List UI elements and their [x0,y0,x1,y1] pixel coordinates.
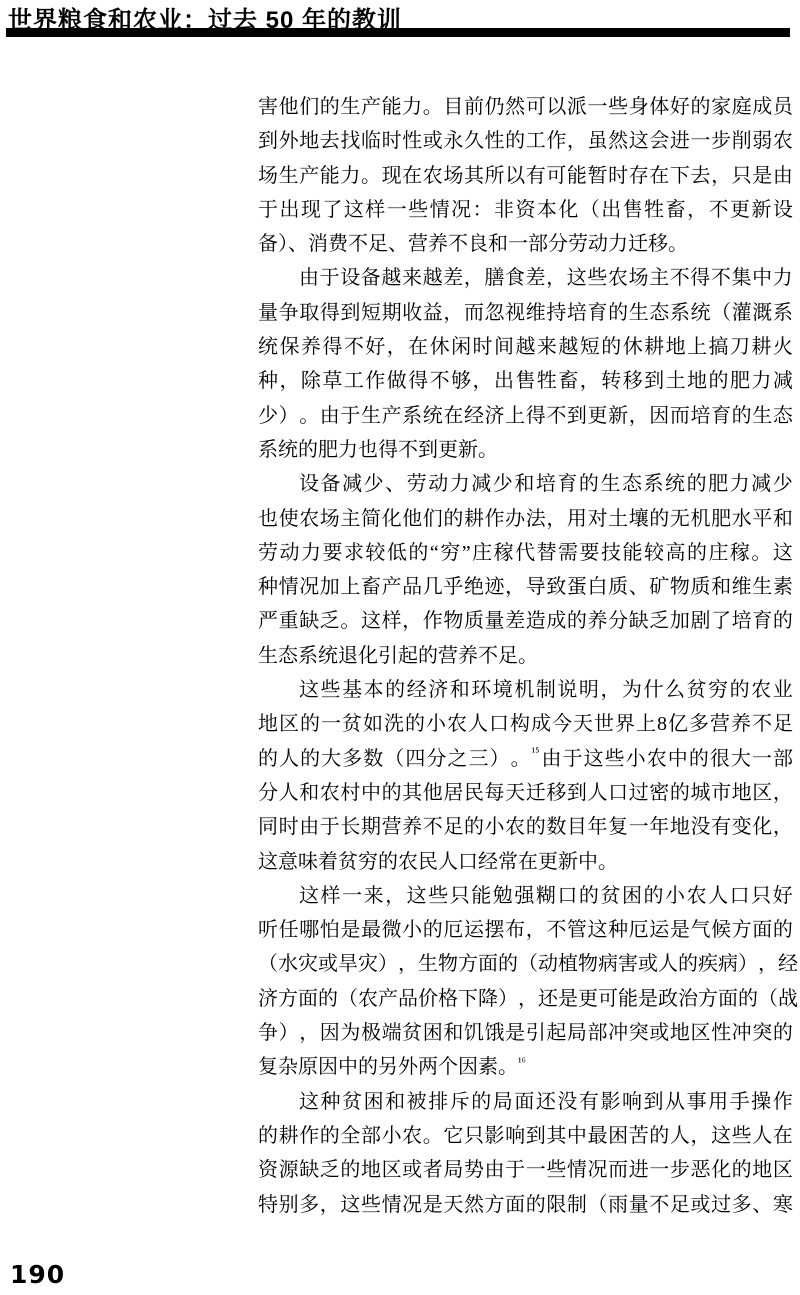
glyph: 水 [278,947,298,981]
glyph: 统 [278,439,298,461]
glyph: 化 [382,502,402,536]
glyph: 作 [773,1085,793,1119]
glyph: 化 [558,193,578,227]
glyph: 在 [402,159,422,193]
glyph: 候 [711,913,731,947]
text-line: 特别多，这些情况是天然方面的限制（雨量不足或过多、寒 [258,1188,793,1222]
glyph: 面 [718,982,738,1016]
glyph: 手 [730,1085,750,1119]
glyph: 些 [321,673,341,707]
glyph: 方 [458,947,478,981]
text-line: 这种贫困和被排斥的局面还没有影响到从事用手操作 [258,1085,793,1119]
glyph: 产 [299,159,319,193]
glyph: 进 [629,1153,649,1187]
glyph: 种 [258,570,278,604]
glyph: 、 [288,233,308,255]
glyph: 运 [649,913,669,947]
glyph: 只 [450,879,470,913]
glyph: ， [758,947,778,981]
glyph: 大 [321,742,341,776]
glyph: 什 [644,673,664,707]
glyph: 勉 [493,879,513,913]
glyph: 只 [464,1119,484,1153]
glyph: 因 [458,1056,478,1078]
glyph: 少 [493,467,513,501]
glyph: 能 [618,982,638,1016]
glyph: 然 [464,1188,484,1222]
glyph: 价 [418,982,438,1016]
glyph: 农 [773,124,793,158]
glyph: 可 [598,982,618,1016]
glyph: 过 [711,1188,731,1222]
glyph: 城 [690,776,710,810]
glyph: 做 [387,364,407,398]
glyph: 。 [478,439,498,461]
glyph: 去 [690,159,710,193]
glyph: 间 [494,330,514,364]
glyph: 的 [730,673,750,707]
glyph: 退 [338,645,358,667]
glyph: 贫 [687,673,707,707]
glyph: 生 [418,947,438,981]
glyph: 或 [402,1153,422,1187]
glyph: 更 [438,439,458,461]
glyph: ， [299,1016,319,1050]
glyph: 经 [478,851,498,873]
glyph: 经 [407,673,427,707]
glyph: 区 [690,1016,710,1050]
glyph: 很 [710,742,730,776]
glyph: 缺 [299,604,319,638]
glyph: 或 [690,1188,710,1222]
glyph: 力 [773,261,793,295]
glyph: 多 [299,1188,319,1222]
glyph: ） [278,233,288,255]
glyph: 需 [558,536,578,570]
glyph: 农 [398,851,418,873]
glyph: 新 [558,851,578,873]
glyph: 出 [279,193,299,227]
glyph: 人 [438,851,458,873]
glyph: 另 [378,1056,398,1078]
glyph: 引 [378,645,398,667]
glyph: 一 [588,90,608,124]
glyph: 布 [505,913,525,947]
glyph: 肥 [708,467,728,501]
glyph: 较 [644,536,664,570]
glyph: 这 [340,1188,360,1222]
glyph: 作 [485,502,505,536]
glyph: 极 [361,1016,381,1050]
glyph: 视 [505,296,525,330]
glyph: 于 [340,399,360,433]
glyph: 够 [451,364,471,398]
glyph: 植 [558,947,578,981]
glyph: 经 [778,947,798,981]
glyph: 更 [578,982,598,1016]
glyph: 的 [670,776,690,810]
glyph: 土 [666,364,686,398]
glyph: 响 [622,1085,642,1119]
glyph: 越 [423,261,443,295]
glyph: 不 [448,233,468,255]
glyph: 然 [505,90,525,124]
glyph: 运 [464,913,484,947]
glyph: 农 [687,879,707,913]
glyph: 水 [732,502,752,536]
text-line: 少）。由于生产系统在经济上得不到更新，因而培育的生态 [258,399,793,433]
glyph: 的 [471,1085,491,1119]
glyph: 本 [364,673,384,707]
text-line: 害他们的生产能力。目前仍然可以派一些身体好的家庭成员 [258,90,793,124]
glyph: 口 [608,776,628,810]
glyph: 营 [710,707,730,741]
glyph: 统 [318,645,338,667]
glyph: 也 [358,439,378,461]
glyph: 亿 [668,707,688,741]
text-line: （水灾或旱灾），生物方面的（动植物病害或人的疾病），经 [258,947,793,981]
glyph: 前 [464,90,484,124]
glyph: 是 [505,1016,525,1050]
glyph: 力 [608,233,628,255]
glyph: 由 [485,1153,505,1187]
glyph: 的 [738,982,758,1016]
glyph: 不 [478,645,498,667]
glyph: 样 [365,193,385,227]
glyph: 乎 [443,570,463,604]
glyph: 不 [546,913,566,947]
glyph: 系 [258,439,278,461]
glyph: 得 [320,296,340,330]
glyph: 特 [258,1188,278,1222]
glyph: 到 [418,439,438,461]
glyph: 这 [299,673,319,707]
glyph: 样 [321,879,341,913]
glyph: 主 [340,502,360,536]
glyph: 制 [536,673,556,707]
glyph: 些 [408,193,428,227]
glyph: 从 [665,1085,685,1119]
glyph: 的 [773,1016,793,1050]
glyph: 的 [579,467,599,501]
glyph: 对 [588,502,608,536]
glyph: 它 [443,1119,463,1153]
glyph: 畜 [558,364,578,398]
glyph: 口 [730,879,750,913]
glyph: 统 [690,296,710,330]
glyph: 明 [579,673,599,707]
glyph: 糊 [536,879,556,913]
glyph: 肥 [711,502,731,536]
glyph: 些 [428,879,448,913]
glyph: 化 [358,645,378,667]
glyph: ， [443,296,463,330]
glyph: 。 [511,742,531,776]
glyph: 下 [670,159,690,193]
glyph: 农 [505,810,525,844]
glyph: 每 [485,776,505,810]
glyph: 苦 [629,1119,649,1153]
glyph: 面 [505,1188,525,1222]
glyph: 成 [546,604,566,638]
glyph: ） [378,947,398,981]
glyph: 忽 [485,296,505,330]
glyph: 系 [298,645,318,667]
glyph: 场 [629,261,649,295]
glyph: 争 [258,1016,278,1050]
glyph: 庄 [472,536,492,570]
glyph: 少 [258,399,278,433]
glyph: 局 [443,1153,463,1187]
glyph: 摆 [485,913,505,947]
glyph: 。 [518,645,538,667]
glyph: 的 [498,947,518,981]
glyph: 系 [402,399,422,433]
glyph: 牲 [644,193,664,227]
glyph: 复 [608,810,628,844]
glyph: 作 [546,124,566,158]
glyph: 不 [348,233,368,255]
glyph: 数 [363,742,383,776]
glyph: 导 [526,570,546,604]
glyph: 样 [382,604,402,638]
glyph: 况 [588,1153,608,1187]
glyph: 来 [364,879,384,913]
glyph: 蛋 [567,570,587,604]
glyph: 或 [423,124,443,158]
glyph: 于 [320,261,340,295]
glyph: 区 [773,1153,793,1187]
glyph: ， [387,330,407,364]
text-line: 复杂原因中的另外两个因素。¹⁶ [258,1050,793,1084]
glyph: 任 [279,913,299,947]
glyph: 农 [751,673,771,707]
glyph: 新 [751,193,771,227]
glyph: 剧 [690,604,710,638]
glyph: 些 [608,90,628,124]
glyph: 派 [567,90,587,124]
glyph: 三 [468,742,488,776]
glyph: 由 [299,810,319,844]
text-line: 于出现了这样一些情况：非资本化（出售牲畜，不更新设 [258,193,793,227]
glyph: ， [773,810,793,844]
glyph: 刀 [730,330,750,364]
body-text: 害他们的生产能力。目前仍然可以派一些身体好的家庭成员到外地去找临时性或永久性的工… [258,90,793,1222]
glyph: 恶 [690,1153,710,1187]
glyph: 过 [629,776,649,810]
glyph: 这 [344,193,364,227]
glyph: 转 [601,364,621,398]
glyph: ， [526,913,546,947]
glyph: 突 [752,1016,772,1050]
glyph: 膳 [484,261,504,295]
glyph: 出 [494,364,514,398]
glyph: 由 [320,399,340,433]
glyph: 良 [468,233,488,255]
glyph: 民 [418,851,438,873]
glyph: 性 [711,1016,731,1050]
glyph: 小 [426,707,446,741]
glyph: 统 [423,399,443,433]
glyph: 休 [623,330,643,364]
glyph: 培 [732,604,752,638]
text-line: 的耕作的全部小农。它只影响到其中最困苦的人，这些人在 [258,1119,793,1153]
glyph: 和 [299,776,319,810]
glyph: 一 [690,124,710,158]
glyph: 动 [428,467,448,501]
glyph: 系 [670,296,690,330]
glyph: 上 [687,330,707,364]
glyph: 影 [600,1085,620,1119]
glyph: 的 [678,947,698,981]
glyph: 食 [505,261,525,295]
glyph: 和 [450,673,470,707]
glyph: 外 [279,124,299,158]
glyph: 还 [536,1085,556,1119]
glyph: 也 [258,502,278,536]
glyph: 区 [279,707,299,741]
glyph: 况 [451,193,471,227]
glyph: 持 [546,296,566,330]
glyph: 强 [514,879,534,913]
glyph: 以 [546,90,566,124]
glyph: ） [498,982,518,1016]
glyph: 足 [498,645,518,667]
glyph: 者 [423,1153,443,1187]
glyph: 畜 [666,193,686,227]
glyph: 斥 [450,1085,470,1119]
glyph: 员 [773,90,793,124]
glyph: 地 [258,707,278,741]
glyph: 能 [382,90,402,124]
glyph: 一 [342,879,362,913]
glyph: 时 [279,810,299,844]
glyph: 其 [402,776,422,810]
glyph: 的 [320,90,340,124]
glyph: 生 [629,296,649,330]
glyph: 以 [505,159,525,193]
glyph: 况 [402,1188,422,1222]
glyph: 加 [670,604,690,638]
glyph: 得 [408,364,428,398]
glyph: 迹 [485,570,505,604]
glyph: 加 [320,570,340,604]
glyph: 数 [546,810,566,844]
glyph: 费 [328,233,348,255]
glyph: ， [711,159,731,193]
glyph: 力 [338,439,358,461]
glyph: 引 [526,1016,546,1050]
glyph: 力 [340,159,360,193]
glyph: 育 [752,604,772,638]
glyph: 作 [299,1119,319,1153]
glyph: 性 [402,124,422,158]
glyph: （ [518,947,538,981]
glyph: 生 [752,399,772,433]
glyph: 他 [423,776,443,810]
glyph: ） [738,947,758,981]
glyph: 的 [340,1153,360,1187]
text-line: 统保养得不好，在休闲时间越来越短的休耕地上搞刀耕火 [258,330,793,364]
glyph: 些 [732,1119,752,1153]
glyph: 生 [752,570,772,604]
glyph: 旱 [338,947,358,981]
glyph: 市 [711,776,731,810]
glyph: 缺 [629,604,649,638]
glyph: 别 [279,1188,299,1222]
glyph: 造 [526,604,546,638]
glyph: 人 [658,947,678,981]
glyph: 么 [665,673,685,707]
glyph: 减 [751,467,771,501]
glyph: 矿 [649,570,669,604]
glyph: 产 [382,570,402,604]
glyph: 期 [361,810,381,844]
glyph: 品 [402,570,422,604]
glyph: 的 [649,1119,669,1153]
glyph: 厄 [629,913,649,947]
glyph: 一 [526,1153,546,1187]
glyph: 。 [340,604,360,638]
text-line: 由于设备越来越差，膳食差，这些农场主不得不集中力 [258,261,793,295]
glyph: 农 [447,707,467,741]
glyph: 好 [670,90,690,124]
glyph: 到 [340,296,360,330]
text-line: 争），因为极端贫困和饥饿是引起局部冲突或地区性冲突的 [258,1016,793,1050]
glyph: 下 [458,982,478,1016]
glyph: 小 [665,879,685,913]
glyph: 乏 [320,604,340,638]
glyph: 的 [300,742,320,776]
glyph: 草 [322,364,342,398]
glyph: ， [600,673,620,707]
text-line: 备）、消费不足、营养不良和一部分劳动力迁移。 [258,227,793,261]
glyph: ， [398,947,418,981]
glyph: 为 [340,1016,360,1050]
glyph: 他 [279,90,299,124]
glyph: 界 [615,707,635,741]
glyph: 管 [567,913,587,947]
glyph: 主 [649,261,669,295]
glyph: 贫 [338,851,358,873]
text-line: 系统的肥力也得不到更新。 [258,433,793,467]
glyph: 在 [649,159,669,193]
glyph: 的 [408,536,428,570]
footnote-marker: ¹⁶ [518,1055,526,1069]
glyph: 是 [340,913,360,947]
glyph: 居 [443,776,463,810]
glyph: 或 [638,947,658,981]
glyph: 设 [299,467,319,501]
glyph: 技 [601,536,621,570]
glyph: 种 [258,364,278,398]
glyph: 口 [489,707,509,741]
glyph: 情 [430,193,450,227]
glyph: 统 [665,467,685,501]
glyph: 足 [368,233,388,255]
glyph: 短 [361,296,381,330]
glyph: 在 [773,1119,793,1153]
glyph: 壤 [629,502,649,536]
glyph: 耕 [751,330,771,364]
glyph: 机 [514,673,534,707]
glyph: 备 [258,233,278,255]
glyph: 而 [608,1153,628,1187]
glyph: 态 [622,467,642,501]
glyph: 现 [382,159,402,193]
glyph: 限 [546,1188,566,1222]
glyph: 农 [320,776,340,810]
